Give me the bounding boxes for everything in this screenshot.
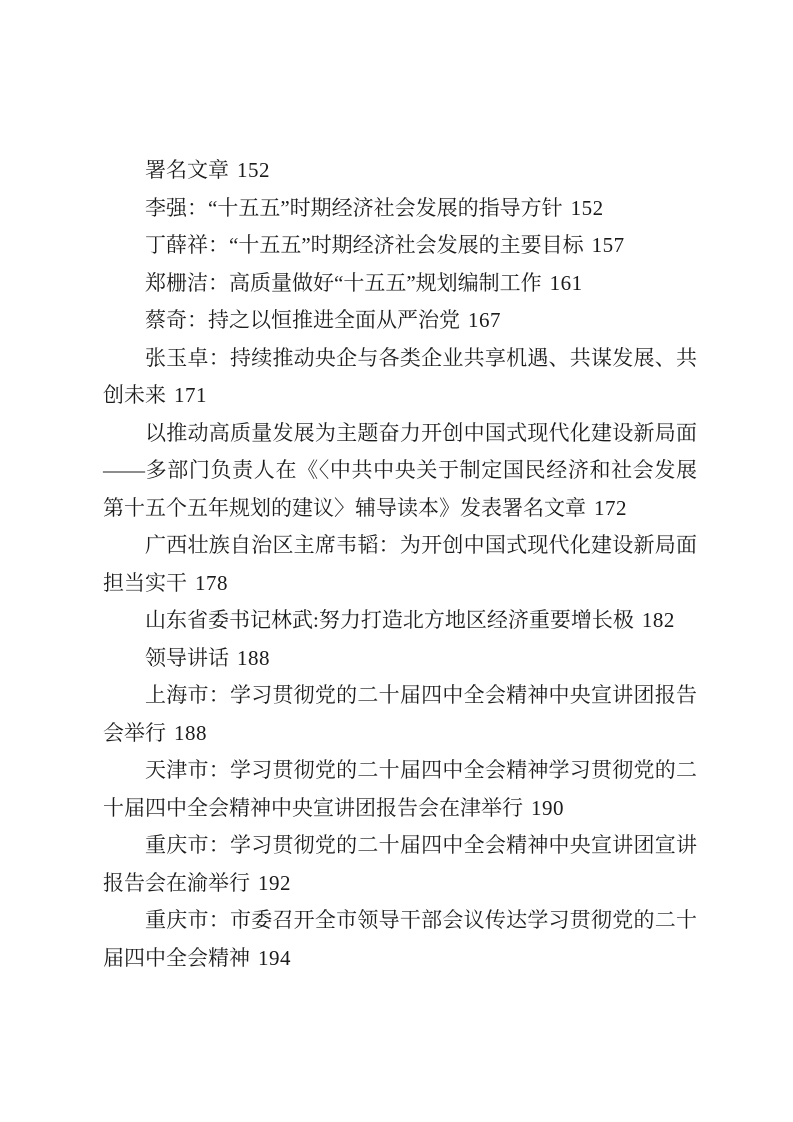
toc-entry: 重庆市：市委召开全市领导干部会议传达学习贯彻党的二十届四中全会精神194 [103,902,697,977]
toc-entry-page-number: 182 [642,608,675,632]
toc-entry-page-number: 152 [237,158,270,182]
toc-entry: 上海市：学习贯彻党的二十届四中全会精神中央宣讲团报告会举行188 [103,677,697,752]
toc-entry-text: 天津市：学习贯彻党的二十届四中全会精神学习贯彻党的二十届四中全会精神中央宣讲团报… [103,758,697,820]
toc-entry: 张玉卓：持续推动央企与各类企业共享机遇、共谋发展、共创未来171 [103,340,697,415]
toc-entry: 广西壮族自治区主席韦韬：为开创中国式现代化建设新局面担当实干178 [103,527,697,602]
toc-entry-text: 重庆市：学习贯彻党的二十届四中全会精神中央宣讲团宣讲报告会在渝举行 [103,833,697,895]
toc-entry-text: 蔡奇：持之以恒推进全面从严治党 [145,308,460,332]
toc-entry-page-number: 188 [237,646,270,670]
toc-entry-text: 领导讲话 [145,646,229,670]
toc-list: 署名文章152 李强：“十五五”时期经济社会发展的指导方针152 丁薛祥：“十五… [103,152,697,977]
toc-entry: 署名文章152 [103,152,697,190]
toc-entry-text: 山东省委书记林武:努力打造北方地区经济重要增长极 [145,608,634,632]
toc-entry-text: 重庆市：市委召开全市领导干部会议传达学习贯彻党的二十届四中全会精神 [103,908,697,970]
toc-entry-page-number: 157 [592,233,625,257]
toc-entry-text: 广西壮族自治区主席韦韬：为开创中国式现代化建设新局面担当实干 [103,533,697,595]
toc-entry-text: 郑栅洁：高质量做好“十五五”规划编制工作 [145,271,542,295]
toc-entry-page-number: 161 [550,271,583,295]
document-page: 署名文章152 李强：“十五五”时期经济社会发展的指导方针152 丁薛祥：“十五… [0,0,793,1122]
toc-entry: 天津市：学习贯彻党的二十届四中全会精神学习贯彻党的二十届四中全会精神中央宣讲团报… [103,752,697,827]
toc-entry: 重庆市：学习贯彻党的二十届四中全会精神中央宣讲团宣讲报告会在渝举行192 [103,827,697,902]
toc-entry-page-number: 172 [594,496,627,520]
toc-entry-page-number: 178 [195,571,228,595]
toc-entry-page-number: 152 [571,196,604,220]
toc-entry-page-number: 190 [531,796,564,820]
toc-entry: 领导讲话188 [103,640,697,678]
toc-entry-page-number: 194 [258,946,291,970]
toc-entry: 蔡奇：持之以恒推进全面从严治党167 [103,302,697,340]
toc-entry-page-number: 192 [258,871,291,895]
toc-entry: 李强：“十五五”时期经济社会发展的指导方针152 [103,190,697,228]
toc-entry-page-number: 167 [468,308,501,332]
toc-entry: 山东省委书记林武:努力打造北方地区经济重要增长极182 [103,602,697,640]
toc-entry-text: 署名文章 [145,158,229,182]
toc-entry: 丁薛祥：“十五五”时期经济社会发展的主要目标157 [103,227,697,265]
toc-entry-text: 丁薛祥：“十五五”时期经济社会发展的主要目标 [145,233,584,257]
toc-entry-text: 李强：“十五五”时期经济社会发展的指导方针 [145,196,563,220]
toc-entry-page-number: 188 [174,721,207,745]
toc-entry-page-number: 171 [174,383,207,407]
toc-entry: 郑栅洁：高质量做好“十五五”规划编制工作161 [103,265,697,303]
toc-entry: 以推动高质量发展为主题奋力开创中国式现代化建设新局面——多部门负责人在《〈中共中… [103,415,697,528]
